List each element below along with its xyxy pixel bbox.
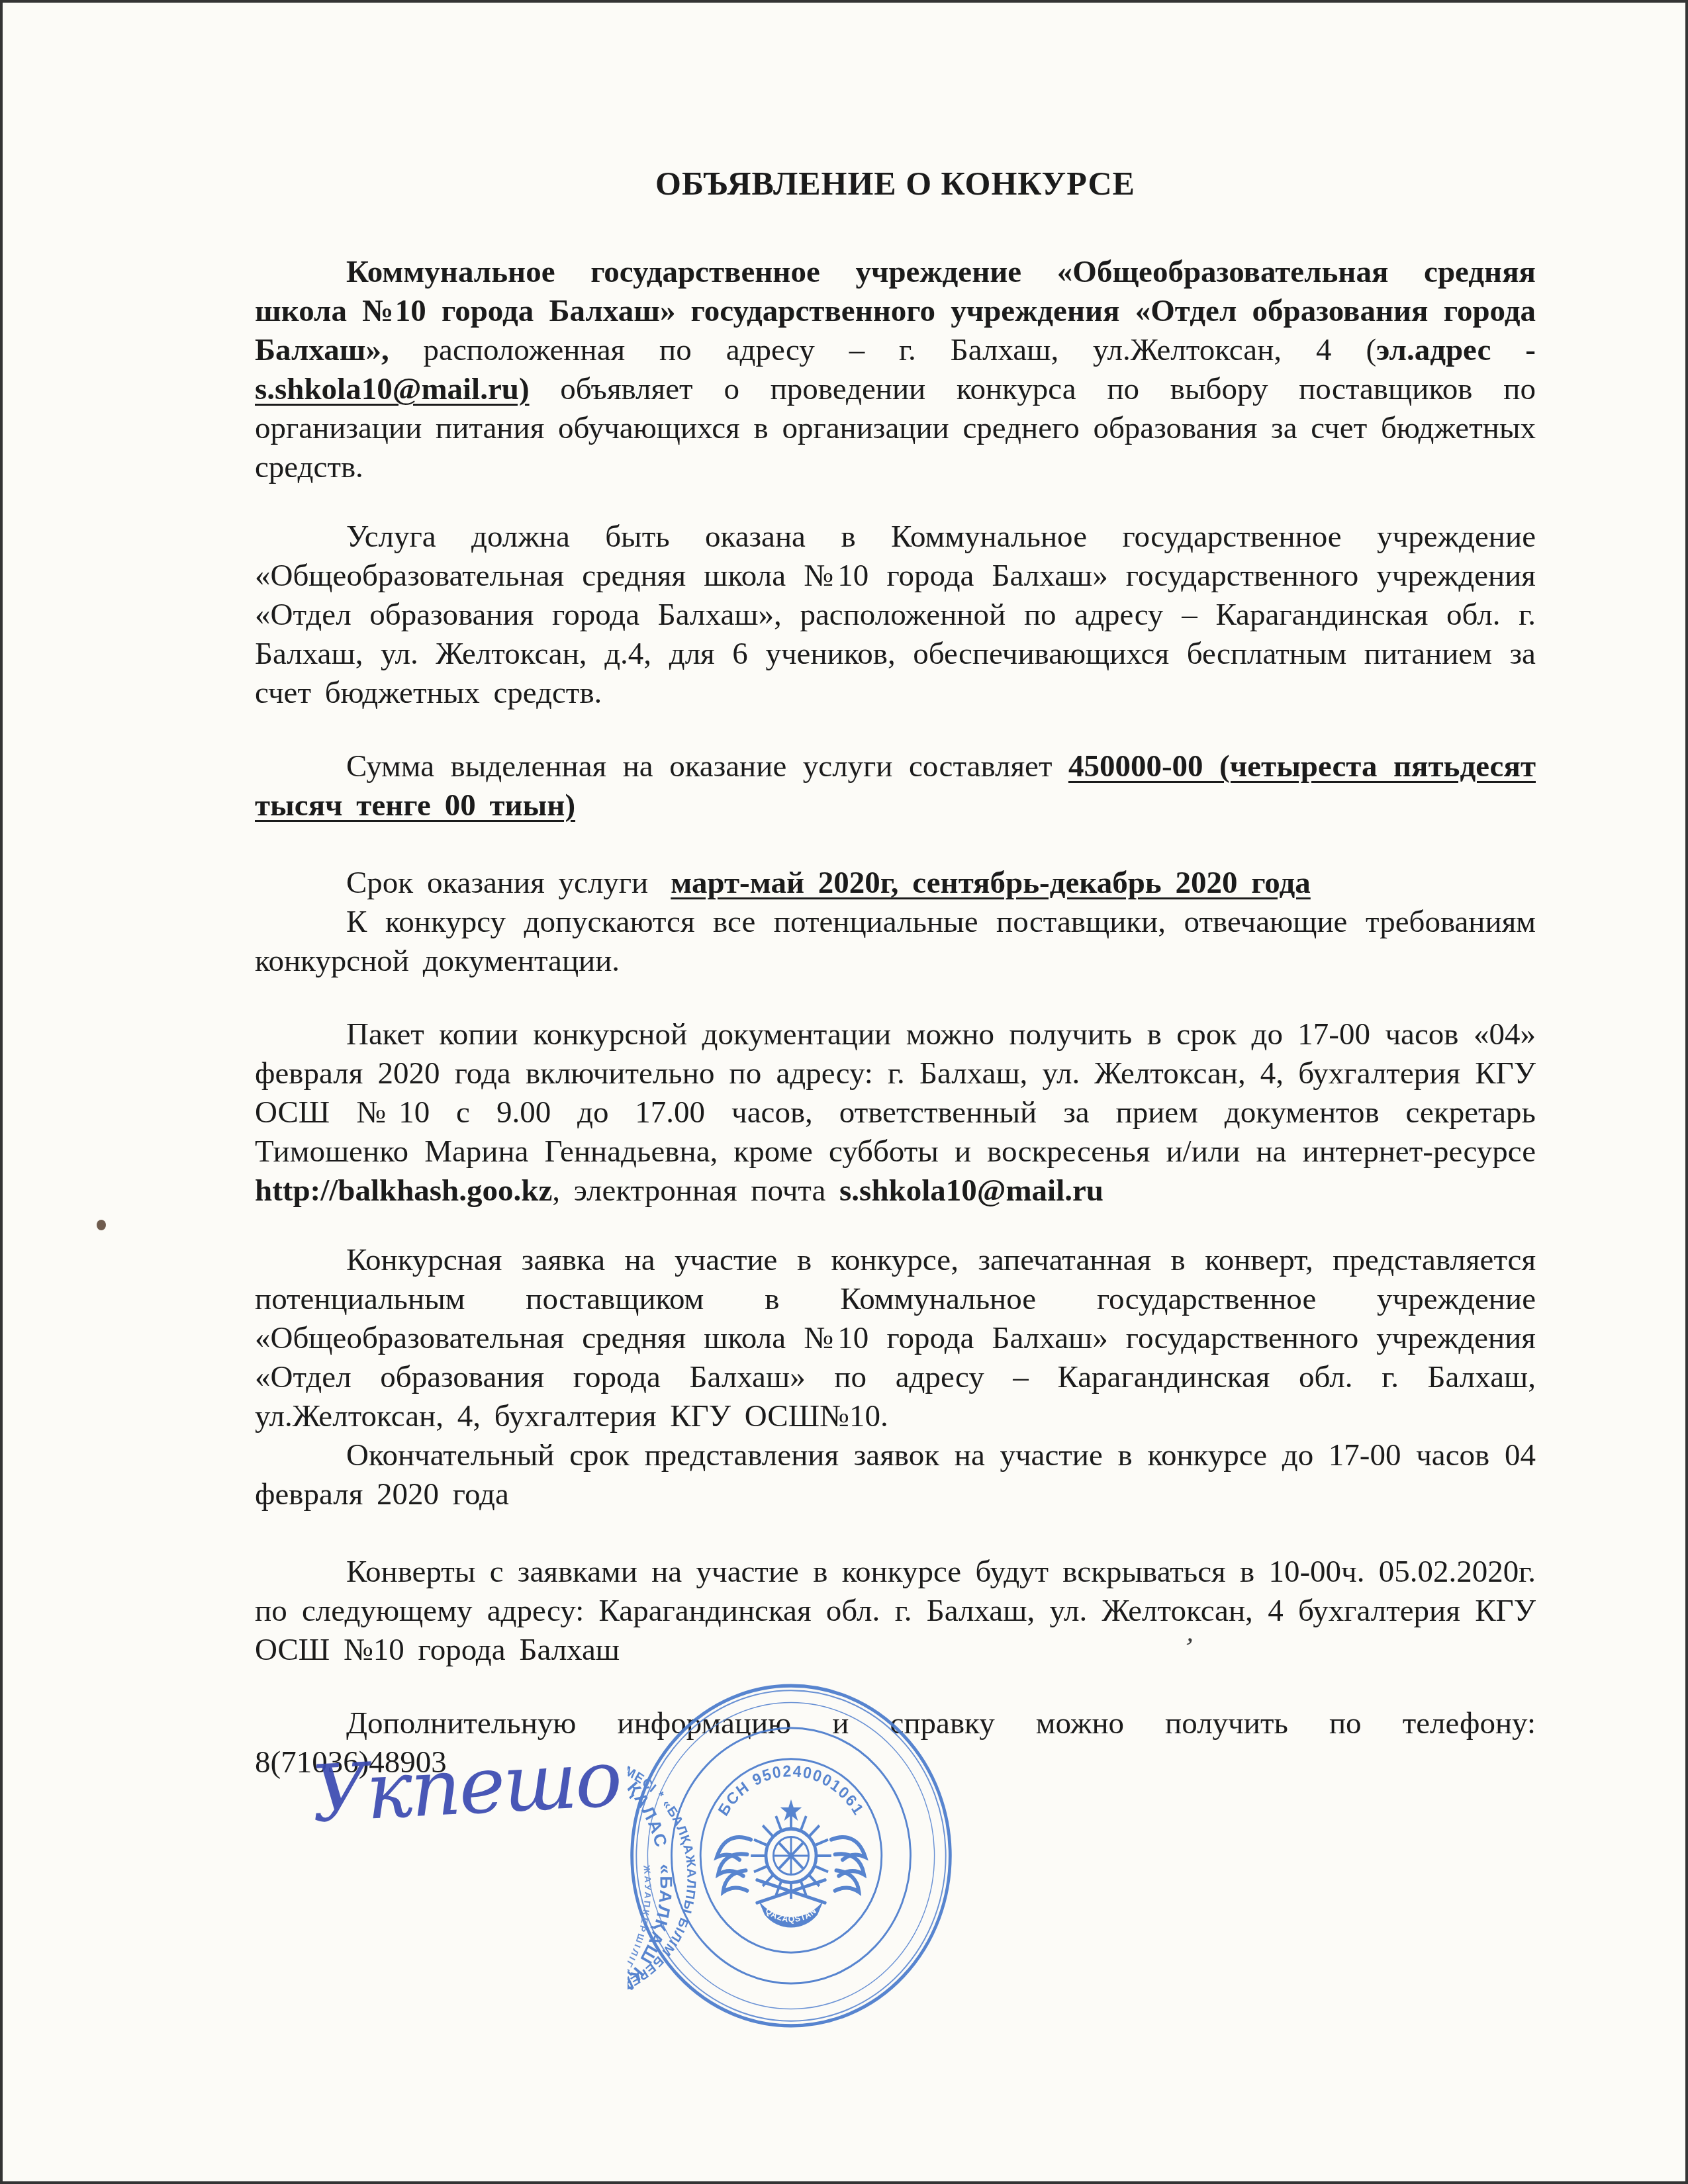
- email-text: s.shkola10@mail.ru): [255, 372, 530, 406]
- text-segment: Пакет копии конкурсной документации можн…: [255, 1017, 1536, 1169]
- text-segment: расположенная по адресу – г. Балхаш, ул.…: [389, 333, 1376, 367]
- paragraph-deadline: Окончательный срок представления заявок …: [255, 1436, 1536, 1514]
- website-text: http://balkhash.goo.kz: [255, 1173, 552, 1208]
- text-segment: Конверты с заявками на участие в конкурс…: [255, 1555, 1536, 1667]
- paragraph-sum: Сумма выделенная на оказание услуги сост…: [255, 747, 1536, 825]
- document-body: ОБЪЯВЛЕНИЕ О КОНКУРСЕ Коммунальное госуд…: [255, 0, 1536, 1782]
- text-segment: эл.адрес -: [1376, 333, 1536, 367]
- text-segment: , электронная почта: [552, 1173, 839, 1208]
- scan-speck: [97, 1220, 106, 1230]
- signature-name: Укпешова: [309, 1728, 619, 1840]
- paragraph-service-location: Услуга должна быть оказана в Коммунально…: [255, 518, 1536, 713]
- paragraph-service-period: Срок оказания услугимарт-май 2020г, сент…: [255, 864, 1536, 903]
- text-segment: Сумма выделенная на оказание услуги сост…: [346, 749, 1068, 784]
- email-text: s.shkola10@mail.ru: [839, 1173, 1103, 1208]
- text-segment: Услуга должна быть оказана в Коммунально…: [255, 520, 1536, 710]
- paragraph-eligibility: К конкурсу допускаются все потенциальные…: [255, 903, 1536, 981]
- page-title: ОБЪЯВЛЕНИЕ О КОНКУРСЕ: [255, 164, 1536, 203]
- official-stamp: ЖАУАПКЕРШІЛІГІ ШЕКТЕУЛІ СЕРІКТЕСТІГІ БСН…: [628, 1681, 955, 2030]
- text-segment: Срок оказания услуги: [346, 866, 648, 900]
- paragraph-opening: Конверты с заявками на участие в конкурс…: [255, 1553, 1536, 1670]
- text-segment: К конкурсу допускаются все потенциальные…: [255, 905, 1536, 978]
- stamp-emblem: [717, 1799, 865, 1928]
- paragraph-documentation: Пакет копии конкурсной документации можн…: [255, 1015, 1536, 1210]
- emblem-shanyrak: [766, 1829, 816, 1882]
- text-segment: Окончательный срок представления заявок …: [255, 1438, 1536, 1512]
- handwritten-signature: Укпешова: [308, 1721, 619, 1873]
- text-segment: Конкурсная заявка на участие в конкурсе,…: [255, 1243, 1536, 1433]
- period-value: март-май 2020г, сентябрь-декабрь 2020 го…: [671, 866, 1311, 900]
- paragraph-application: Конкурсная заявка на участие в конкурсе,…: [255, 1241, 1536, 1436]
- paragraph-announcement: Коммунальное государственное учреждение …: [255, 253, 1536, 487]
- scanned-document-page: ОБЪЯВЛЕНИЕ О КОНКУРСЕ Коммунальное госуд…: [0, 0, 1688, 2184]
